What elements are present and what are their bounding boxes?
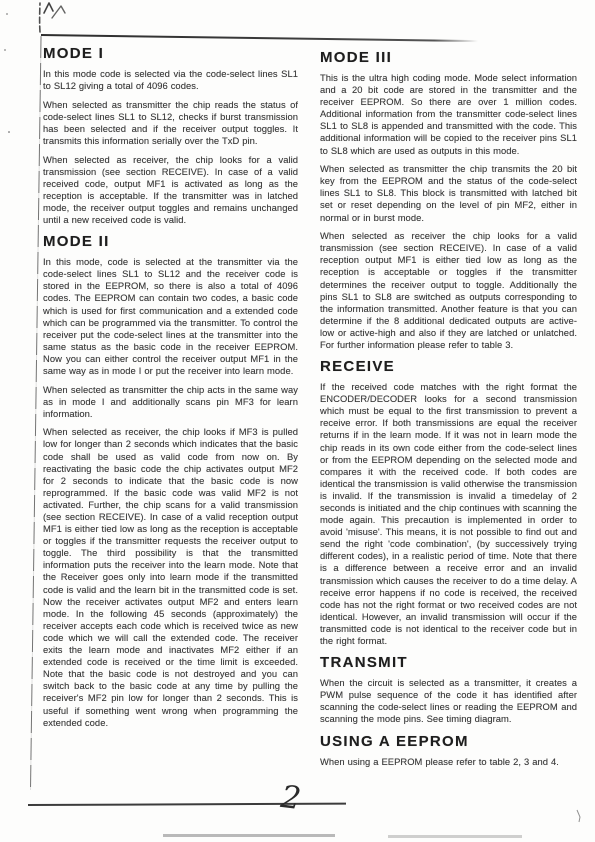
section-heading-using-a-eeprom: USING A EEPROM [320,734,577,750]
handwritten-page-number: 2 [279,782,302,815]
section-mode-3: MODE III This is the ultra high coding m… [320,50,577,351]
section-receive: RECEIVE If the received code matches wit… [320,359,577,647]
scan-artifact-band [163,834,335,837]
section-mode-1: MODE I In this mode code is selected via… [43,46,298,226]
paragraph: When selected as transmitter the chip re… [43,99,298,147]
scan-speck [8,131,10,133]
handwritten-scribble-mark [32,0,72,38]
scanned-document-page: 2 MODE I In this mode code is selected v… [0,0,595,842]
paragraph: If the received code matches with the ri… [320,381,577,647]
paragraph: This is the ultra high coding mode. Mode… [320,72,577,157]
paragraph: When selected as transmitter the chip tr… [320,163,577,223]
top-frame-rule [41,34,478,42]
scan-speck [4,49,6,51]
scan-speck [6,13,8,15]
scan-artifact-band [388,835,522,838]
paragraph: When selected as receiver the chip looks… [320,230,577,351]
section-heading-mode-3: MODE III [320,50,577,66]
section-mode-2: MODE II In this mode, code is selected a… [43,234,298,729]
section-heading-mode-2: MODE II [43,234,298,250]
paragraph: When the circuit is selected as a transm… [320,677,577,725]
section-heading-mode-1: MODE I [43,46,298,62]
scan-tick-mark [576,809,582,823]
section-transmit: TRANSMIT When the circuit is selected as… [320,655,577,725]
left-margin-rule [30,36,42,790]
paragraph: When selected as receiver, the chip look… [43,154,298,227]
section-heading-transmit: TRANSMIT [320,655,577,671]
paragraph: In this mode, code is selected at the tr… [43,256,298,377]
section-heading-receive: RECEIVE [320,359,577,375]
paragraph: In this mode code is selected via the co… [43,68,298,92]
right-column: MODE III This is the ultra high coding m… [320,50,577,774]
paragraph: When selected as transmitter the chip ac… [43,384,298,420]
left-column: MODE I In this mode code is selected via… [43,46,298,735]
paragraph: When selected as receiver, the chip look… [43,426,298,728]
paragraph: When using a EEPROM please refer to tabl… [320,756,577,768]
section-using-a-eeprom: USING A EEPROM When using a EEPROM pleas… [320,734,577,768]
